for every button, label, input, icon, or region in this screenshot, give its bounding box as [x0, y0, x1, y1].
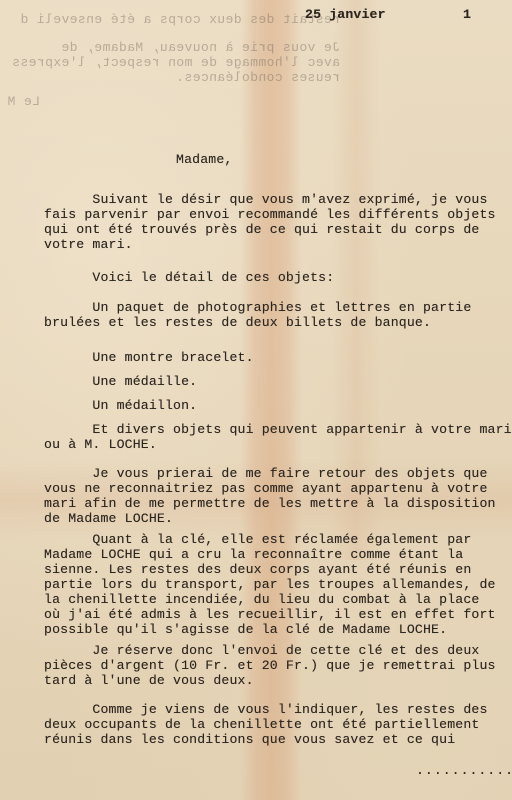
paragraph: Je vous prierai de me faire retour des o…: [44, 466, 496, 526]
page-number: 1: [463, 7, 471, 22]
continuation-marker: ...........: [416, 763, 512, 778]
paragraph: Suivant le désir que vous m'avez exprimé…: [44, 192, 496, 252]
paragraph: Un médaillon.: [44, 398, 197, 413]
paragraph: Une montre bracelet.: [44, 350, 254, 365]
paragraph: Un paquet de photographies et lettres en…: [44, 300, 471, 330]
salutation: Madame,: [176, 152, 232, 167]
paragraph: Je réserve donc l'envoi de cette clé et …: [44, 643, 496, 688]
paragraph: Voici le détail de ces objets:: [44, 270, 334, 285]
paragraph: Une médaille.: [44, 374, 197, 389]
bleed-through-line-1: restait des deux corps a été enseveli d: [0, 12, 340, 27]
paragraph: Et divers objets qui peuvent appartenir …: [44, 422, 512, 452]
paragraph: Quant à la clé, elle est réclamée égalem…: [44, 532, 496, 637]
paragraph: Comme je viens de vous l'indiquer, les r…: [44, 702, 488, 747]
bleed-through-block: Je vous prie à nouveau, Madame, de avec …: [0, 40, 340, 85]
letter-date: 25 janvier: [305, 7, 386, 22]
bleed-through-signature: Le M: [0, 94, 40, 109]
